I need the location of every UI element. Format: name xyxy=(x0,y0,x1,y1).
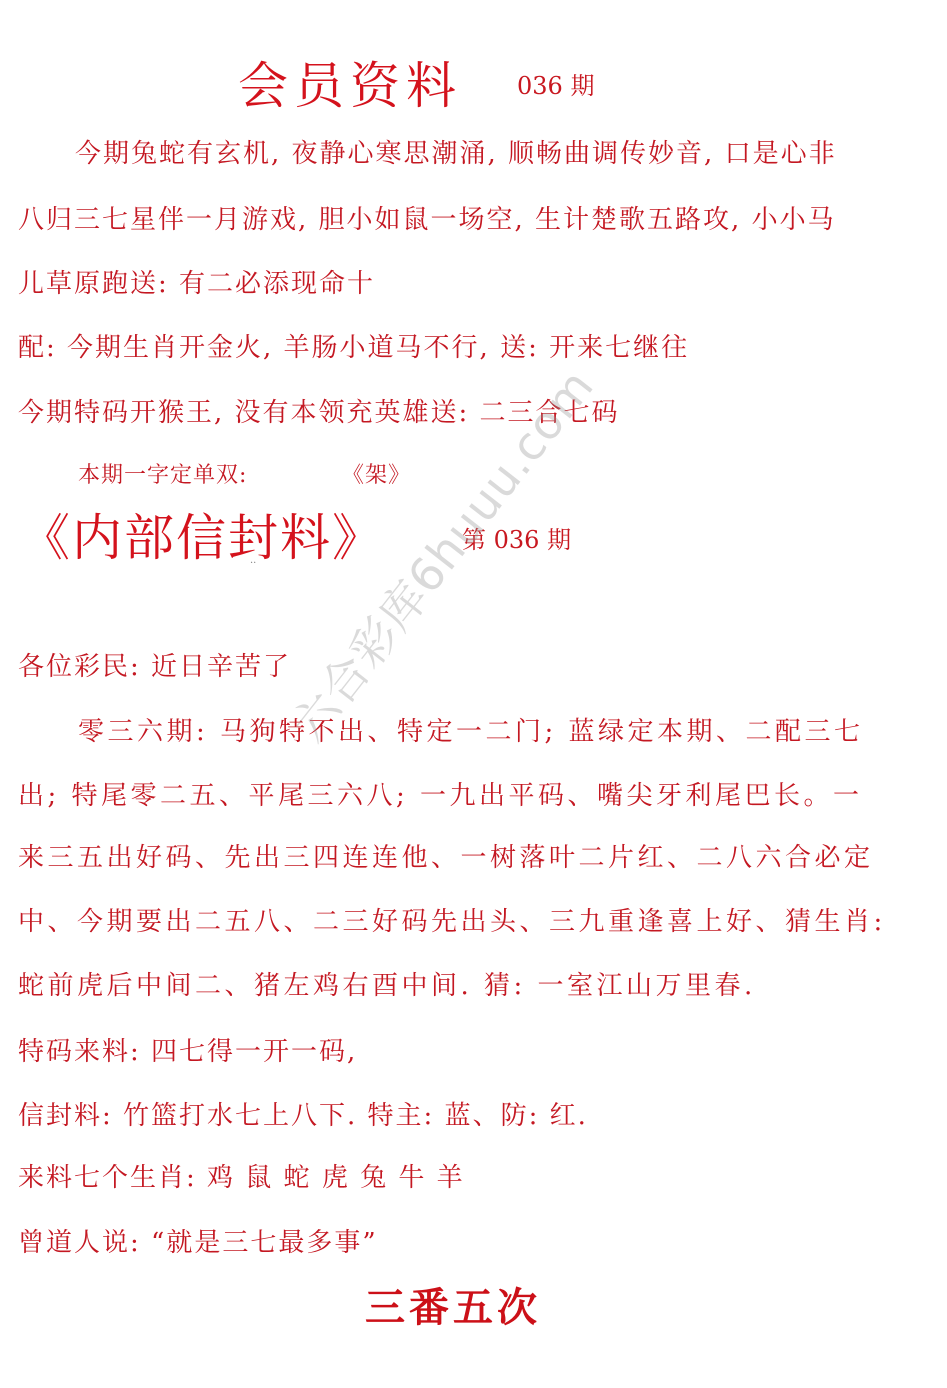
greeting: 各位彩民: 近日辛苦了 xyxy=(18,646,291,683)
member-data-issue: 036 期 xyxy=(517,66,594,101)
paragraph-line-1: 零三六期: 马狗特不出、特定一二门; 蓝绿定本期、二配三七 xyxy=(78,711,864,748)
zodiac-seven-line: 来料七个生肖: 鸡 鼠 蛇 虎 兔 牛 羊 xyxy=(18,1157,465,1194)
special-code-line: 特码来料: 四七得一开一码, xyxy=(18,1031,357,1068)
single-double-value: 《架》 xyxy=(342,458,411,489)
paragraph-line-4: 中、今期要出二五八、二三好码先出头、三九重逢喜上好、猜生肖: xyxy=(18,901,886,938)
closing-phrase: 三番五次 xyxy=(365,1276,541,1333)
paragraph-line-2: 出; 特尾零二五、平尾三六八; 一九出平码、嘴尖牙利尾巴长。一 xyxy=(18,775,863,812)
member-data-line-3: 儿草原跑送: 有二必添现命十 xyxy=(18,263,375,300)
paragraph-line-3: 来三五出好码、先出三四连连他、一树落叶二片红、二八六合必定 xyxy=(18,837,874,874)
saying-line: 曾道人说: “就是三七最多事” xyxy=(18,1222,378,1259)
member-data-line-4: 配: 今期生肖开金火, 羊肠小道马不行, 送: 开来七继往 xyxy=(18,327,689,364)
paragraph-line-5: 蛇前虎后中间二、猪左鸡右酉中间. 猜: 一室江山万里春. xyxy=(18,965,756,1002)
member-data-line-2: 八归三七星伴一月游戏, 胆小如鼠一场空, 生计楚歌五路攻, 小小马 xyxy=(18,199,836,236)
envelope-line: 信封料: 竹篮打水七上八下. 特主: 蓝、防: 红. xyxy=(18,1095,588,1132)
member-data-line-5: 今期特码开猴王, 没有本领充英雄送: 二三合七码 xyxy=(18,392,620,429)
decorative-dots: ·· xyxy=(250,558,256,569)
member-data-title: 会员资料 xyxy=(238,46,462,118)
member-data-line-1: 今期兔蛇有玄机, 夜静心寒思潮涌, 顺畅曲调传妙音, 口是心非 xyxy=(75,133,837,170)
single-double-label: 本期一字定单双: xyxy=(78,458,247,489)
envelope-issue: 第 036 期 xyxy=(462,520,571,555)
envelope-title: 《内部信封料》 xyxy=(20,498,384,570)
